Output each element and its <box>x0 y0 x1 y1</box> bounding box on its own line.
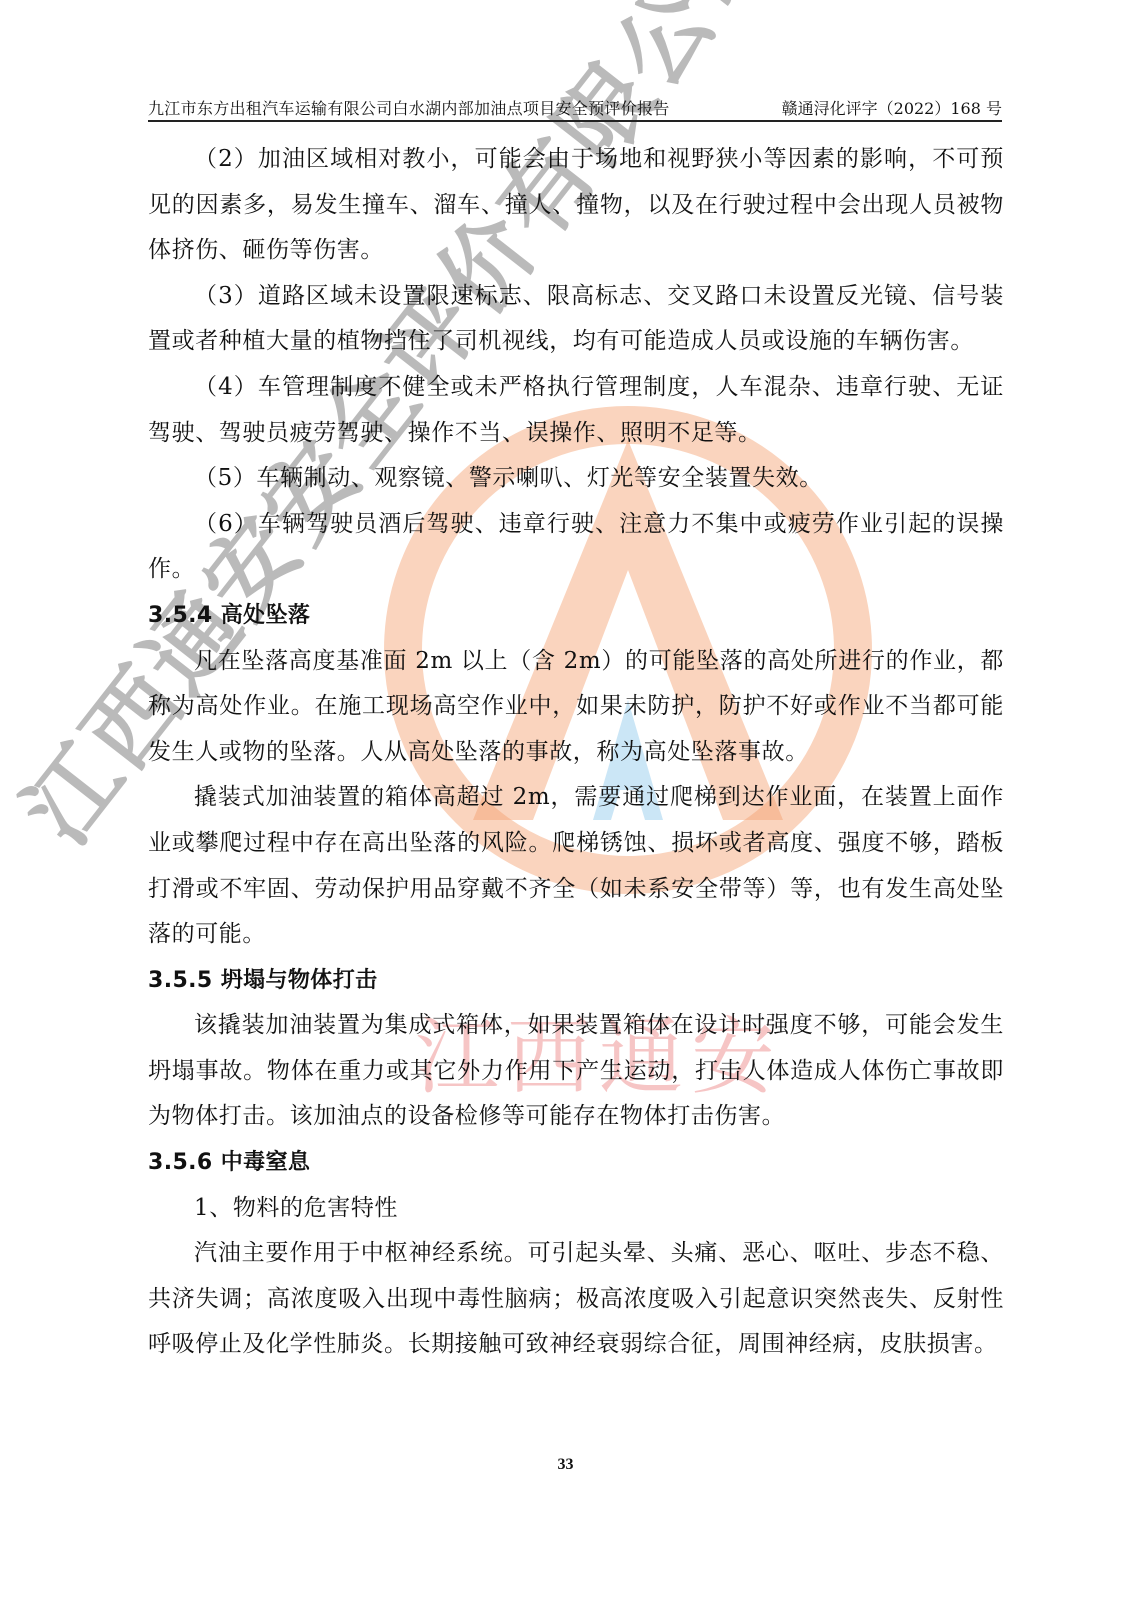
section-heading-3-5-6: 3.5.6 中毒窒息 <box>148 1140 1004 1186</box>
page-header: 九江市东方出租汽车运输有限公司白水湖内部加油点项目安全预评价报告 赣通浔化评字（… <box>148 96 1002 122</box>
paragraph-collapse: 该撬装加油装置为集成式箱体，如果装置箱体在设计时强度不够，可能会发生坍塌事故。物… <box>148 1003 1004 1140</box>
paragraph-fall-risk: 撬装式加油装置的箱体高超过 2m，需要通过爬梯到达作业面，在装置上面作业或攀爬过… <box>148 775 1004 957</box>
section-heading-3-5-4: 3.5.4 高处坠落 <box>148 593 1004 639</box>
paragraph-item-2: （2）加油区域相对教小，可能会由于场地和视野狭小等因素的影响，不可预见的因素多，… <box>148 137 1004 274</box>
paragraph-item-4: （4）车管理制度不健全或未严格执行管理制度，人车混杂、违章行驶、无证驾驶、驾驶员… <box>148 365 1004 456</box>
document-page: 江西通安安全评价有限公司 江西通安 九江市东方出租汽车运输有限公司白水湖内部加油… <box>0 0 1131 1600</box>
section-heading-3-5-5: 3.5.5 坍塌与物体打击 <box>148 958 1004 1004</box>
header-report-number: 赣通浔化评字（2022）168 号 <box>782 98 1002 120</box>
paragraph-item-6: （6）车辆驾驶员酒后驾驶、违章行驶、注意力不集中或疲劳作业引起的误操作。 <box>148 502 1004 593</box>
paragraph-gasoline-hazard: 汽油主要作用于中枢神经系统。可引起头晕、头痛、恶心、呕吐、步态不稳、共济失调；高… <box>148 1231 1004 1368</box>
paragraph-subheading-hazard: 1、物料的危害特性 <box>148 1186 1004 1232</box>
paragraph-fall-definition: 凡在坠落高度基准面 2m 以上（含 2m）的可能坠落的高处所进行的作业，都称为高… <box>148 639 1004 776</box>
paragraph-item-5: （5）车辆制动、观察镜、警示喇叭、灯光等安全装置失效。 <box>148 456 1004 502</box>
document-body: （2）加油区域相对教小，可能会由于场地和视野狭小等因素的影响，不可预见的因素多，… <box>148 137 1004 1368</box>
page-number: 33 <box>0 1456 1131 1474</box>
paragraph-item-3: （3）道路区域未设置限速标志、限高标志、交叉路口未设置反光镜、信号装置或者种植大… <box>148 274 1004 365</box>
header-report-title: 九江市东方出租汽车运输有限公司白水湖内部加油点项目安全预评价报告 <box>148 98 670 120</box>
